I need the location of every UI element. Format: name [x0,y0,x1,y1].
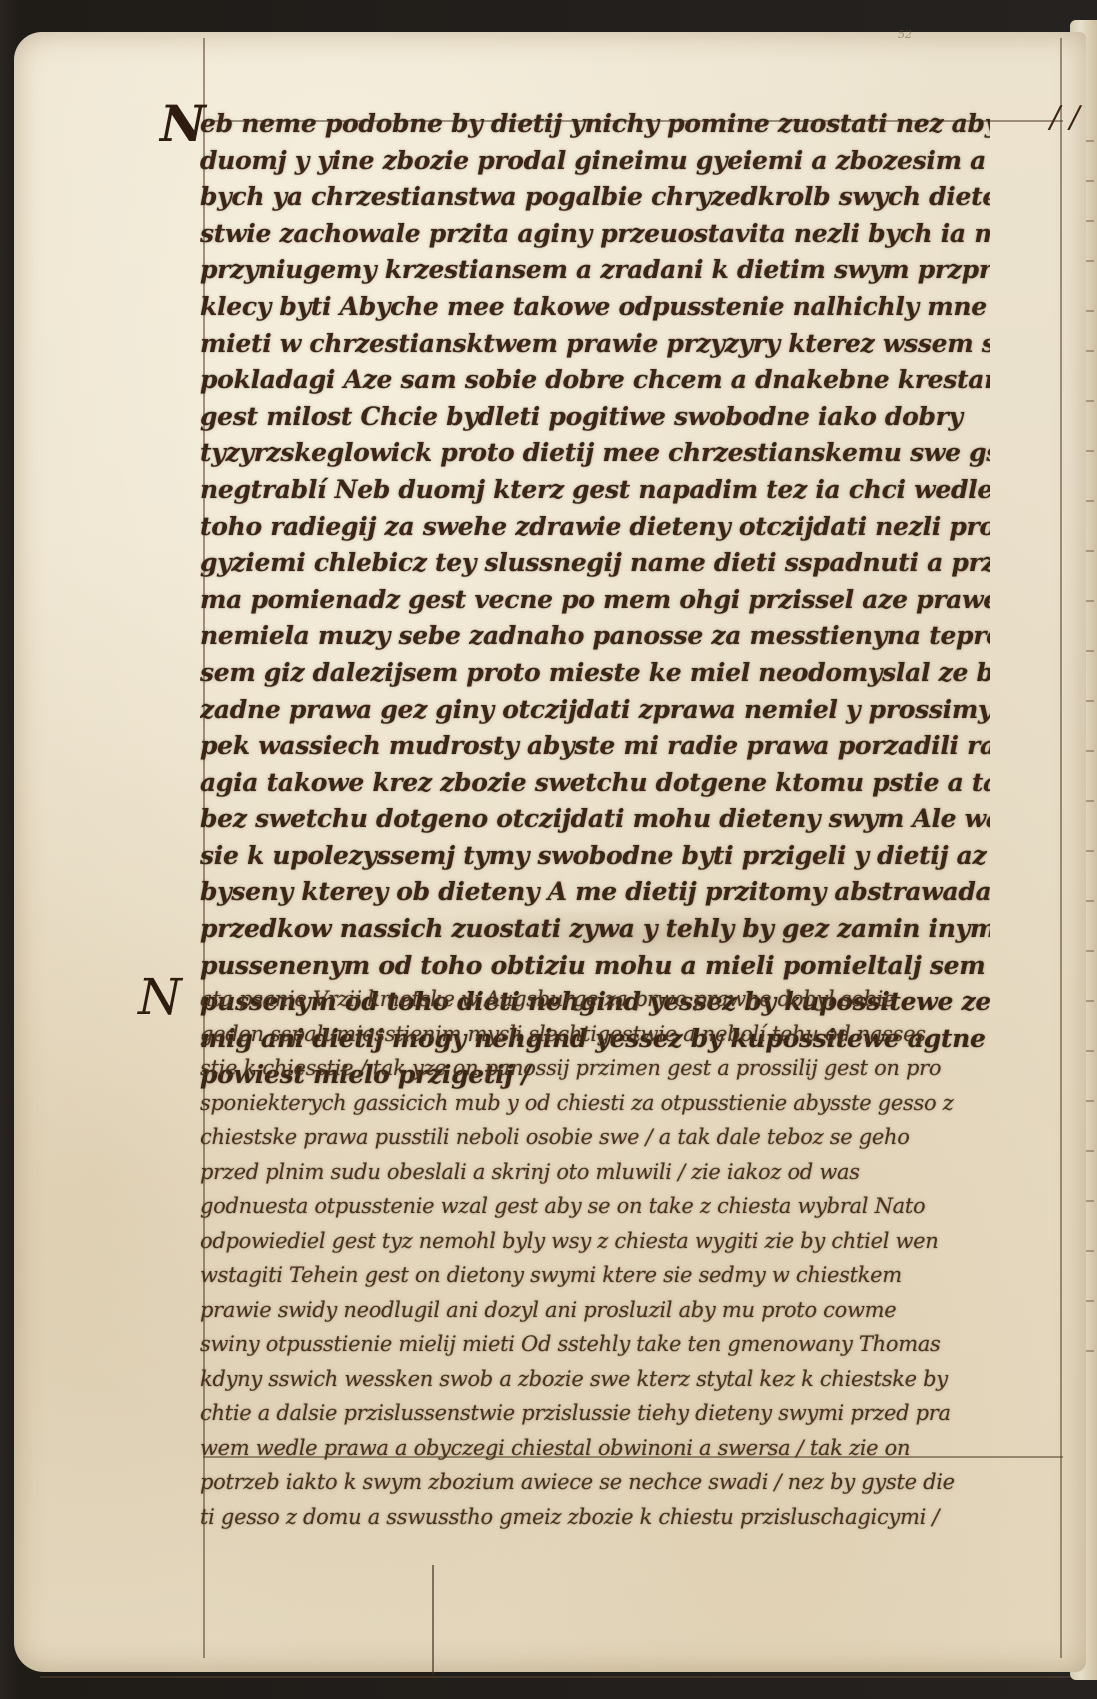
text-line: toho radiegij za swehe zdrawie dieteny o… [200,509,990,546]
text-line: sie k upolezyssemj tymy swobodne byti pr… [200,838,990,875]
text-line: agia takowe krez zbozie swetchu dotgene … [200,765,990,802]
text-line: geden sspalumiesstienim mysli slechtiges… [200,1017,990,1052]
text-line: przed plnim sudu obeslali a skrinj oto m… [200,1155,990,1190]
text-line: byseny kterey ob dieteny A me dietij prz… [200,874,990,911]
text-line: gyziemi chlebicz tey slussnegij name die… [200,545,990,582]
text-line: ti gesso z domu a sswusstho gmeiz zbozie… [200,1500,990,1535]
text-line: ata psanie Vrzij kmetske w Augsburge za … [200,982,990,1017]
text-line: klecy byti Abyche mee takowe odpusstenie… [200,289,990,326]
folio-number: 52 [898,28,912,41]
text-line: sem giz dalezijsem proto mieste ke miel … [200,655,990,692]
text-line: stwie zachowale przita aginy przeuostavi… [200,216,990,253]
parchment-crack [432,1565,434,1675]
page-bottom-ruling-line [40,1676,1070,1678]
right-ruling-line [1060,38,1062,1658]
text-line: chiestske prawa pusstili neboli osobie s… [200,1120,990,1155]
text-line: zadne prawa gez giny otczijdati zprawa n… [200,692,990,729]
text-line: sponiekterych gassicich mub y od chiesti… [200,1086,990,1121]
text-line: bez swetchu dotgeno otczijdati mohu diet… [200,801,990,838]
text-line: pek wassiech mudrosty abyste mi radie pr… [200,728,990,765]
paragraph-1: eb neme podobne by dietij ynichy pomine … [200,106,990,1094]
text-line: negtrablí Neb duomj kterz gest napadim t… [200,472,990,509]
text-line: eb neme podobne by dietij ynichy pomine … [200,106,990,143]
text-line: chtie a dalsie przislussenstwie przislus… [200,1396,990,1431]
text-line: nemiela muzy sebe zadnaho panosse za mes… [200,618,990,655]
text-line: wem wedle prawa a obyczegi chiestal obwi… [200,1431,990,1466]
text-line: odpowiediel gest tyz nemohl byly wsy z c… [200,1224,990,1259]
text-line: prawie swidy neodlugil ani dozyl ani pro… [200,1293,990,1328]
text-line: tyzyrzskeglowick proto dietij mee chrzes… [200,435,990,472]
paragraph-2-initial: N [138,968,182,1026]
text-line: mieti w chrzestiansktwem prawie przyzyry… [200,326,990,363]
text-line: bych ya chrzestianstwa pogalbie chryzedk… [200,179,990,216]
text-line: potrzeb iakto k swym zbozium awiece se n… [200,1465,990,1500]
text-line: pussenenym od toho obtiziu mohu a mieli … [200,948,990,985]
text-line: kdyny sswich wessken swob a zbozie swe k… [200,1362,990,1397]
text-line: przedkow nassich zuostati zywa y tehly b… [200,911,990,948]
text-line: godnuesta otpusstenie wzal gest aby se o… [200,1189,990,1224]
paragraph-1-initial: N [160,94,206,153]
text-line: gest milost Chcie bydleti pogitiwe swobo… [200,399,990,436]
text-line: pokladagi Aze sam sobie dobre chcem a dn… [200,362,990,399]
text-line: wstagiti Tehein gest on dietony swymi kt… [200,1258,990,1293]
text-line: duomj y yine zbozie prodal gineimu gyeie… [200,143,990,180]
text-line: przyniugemy krzestiansem a zradani k die… [200,252,990,289]
text-line: swiny otpusstienie mielij mieti Od ssteh… [200,1327,990,1362]
text-line: ma pomienadz gest vecne po mem ohgi przi… [200,582,990,619]
margin-mark: / / [1050,100,1080,135]
paragraph-2: ata psanie Vrzij kmetske w Augsburge za … [200,982,990,1534]
text-line: stie k chiesstie / tak yze on panossij p… [200,1051,990,1086]
